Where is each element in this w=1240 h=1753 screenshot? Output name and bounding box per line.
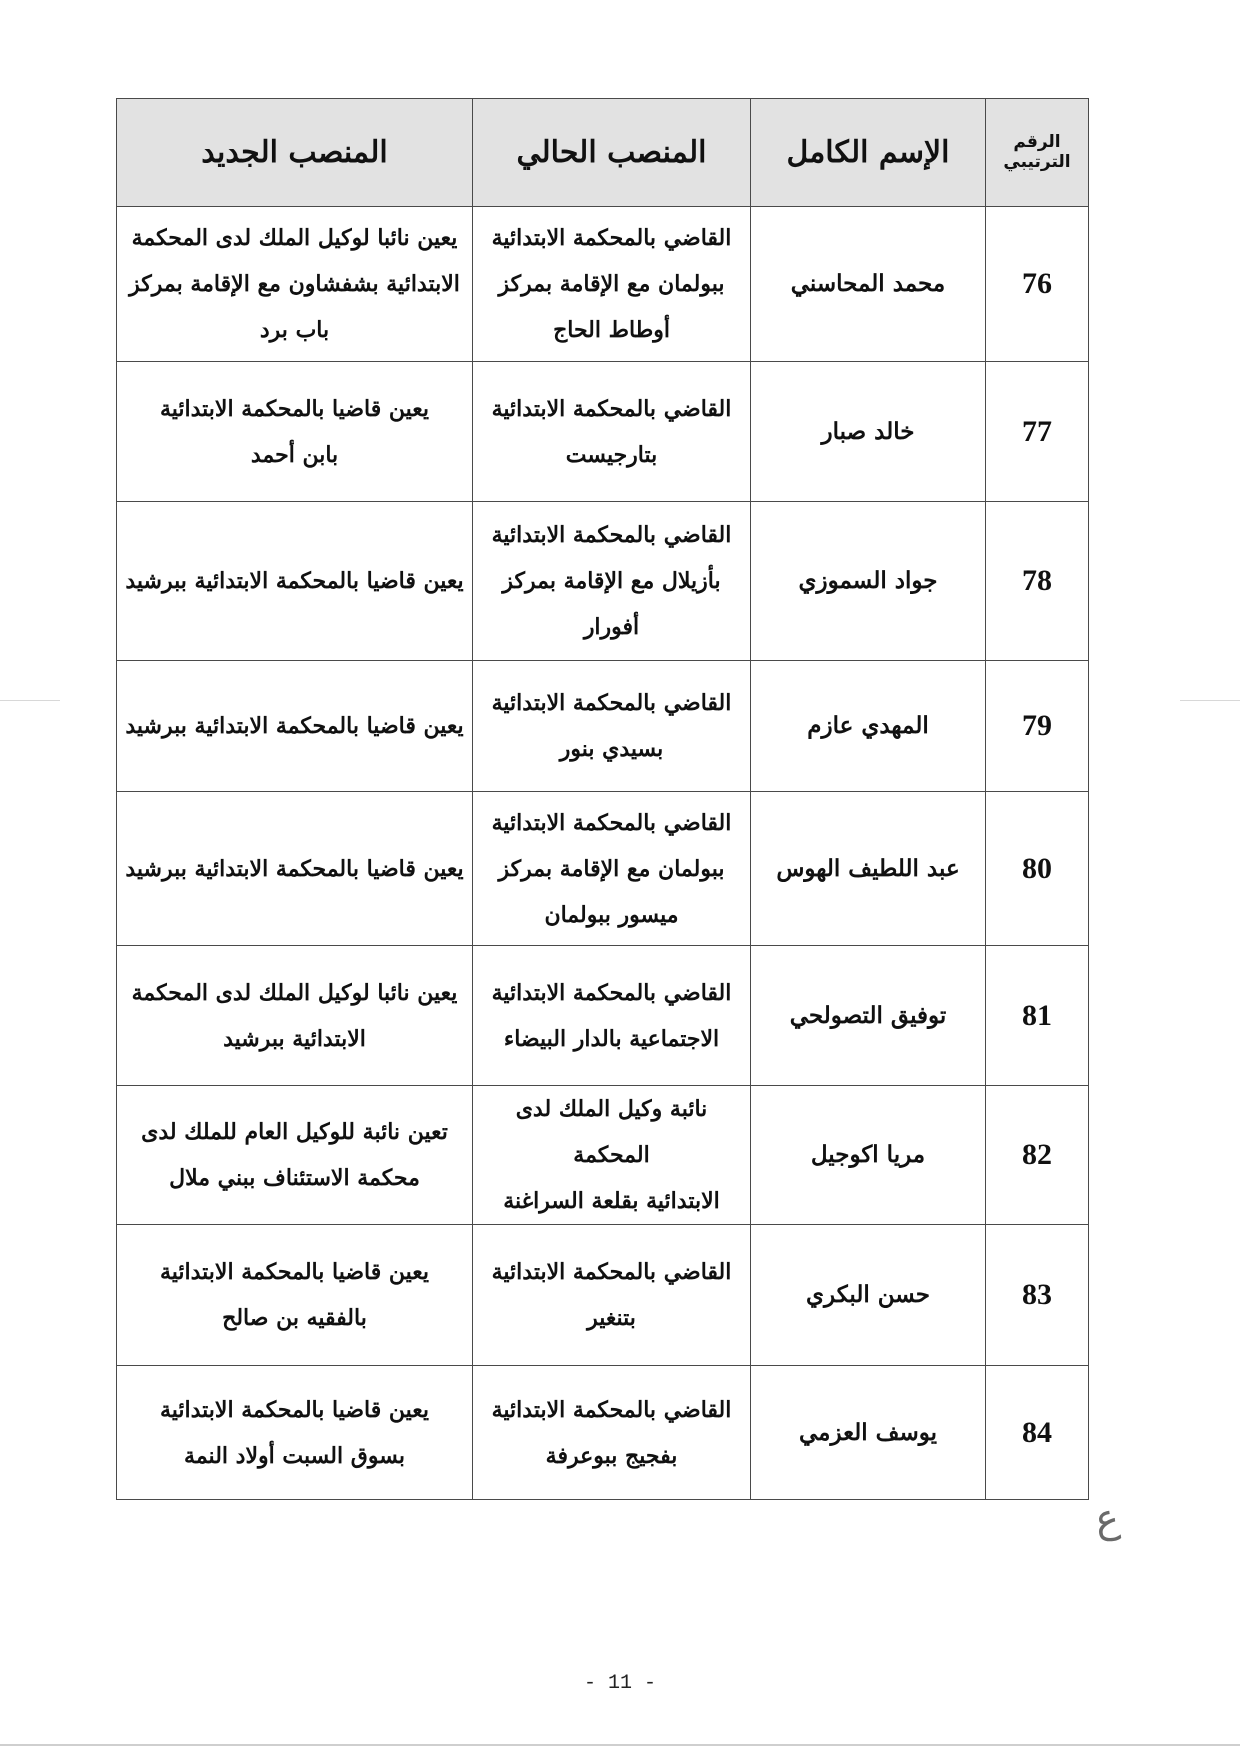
- current-position: القاضي بالمحكمة الابتدائية ببولمان مع ال…: [473, 207, 751, 362]
- current-position-line: ميسور ببولمان: [479, 892, 744, 938]
- row-number: 79: [986, 661, 1089, 792]
- current-position: القاضي بالمحكمة الابتدائية بأزيلال مع ال…: [473, 502, 751, 661]
- new-position: يعين نائبا لوكيل الملك لدى المحكمة الابت…: [117, 207, 473, 362]
- new-position: يعين قاضيا بالمحكمة الابتدائية ببرشيد: [117, 661, 473, 792]
- new-position-line: يعين قاضيا بالمحكمة الابتدائية ببرشيد: [123, 703, 466, 749]
- current-position-line: بتنغير: [479, 1295, 744, 1341]
- full-name: توفيق التصولحي: [751, 946, 986, 1086]
- full-name: جواد السموزي: [751, 502, 986, 661]
- full-name: عبد اللطيف الهوس: [751, 792, 986, 946]
- row-number: 84: [986, 1366, 1089, 1500]
- new-position: يعين قاضيا بالمحكمة الابتدائية بسوق السب…: [117, 1366, 473, 1500]
- current-position-line: بفجيج ببوعرفة: [479, 1433, 744, 1479]
- new-position: يعين قاضيا بالمحكمة الابتدائية ببرشيد: [117, 792, 473, 946]
- new-position-line: يعين قاضيا بالمحكمة الابتدائية ببرشيد: [123, 558, 466, 604]
- table-row: 77 خالد صبار القاضي بالمحكمة الابتدائية …: [117, 362, 1089, 502]
- row-number: 78: [986, 502, 1089, 661]
- current-position-line: القاضي بالمحكمة الابتدائية: [479, 800, 744, 846]
- new-position: يعين نائبا لوكيل الملك لدى المحكمة الابت…: [117, 946, 473, 1086]
- handwritten-initial: ع: [1092, 1495, 1122, 1544]
- current-position-line: بتارجيست: [479, 432, 744, 478]
- scan-edge-line: [0, 1744, 1240, 1746]
- new-position-line: الابتدائية ببرشيد: [123, 1016, 466, 1062]
- scan-artifact: [1180, 700, 1240, 701]
- row-number: 80: [986, 792, 1089, 946]
- header-full-name: الإسم الكامل: [751, 99, 986, 207]
- current-position-line: أوطاط الحاج: [479, 307, 744, 353]
- table-row: 76 محمد المحاسني القاضي بالمحكمة الابتدا…: [117, 207, 1089, 362]
- assignment-table: الرقم الترتيبي الإسم الكامل المنصب الحال…: [116, 98, 1089, 1500]
- header-number: الرقم الترتيبي: [986, 99, 1089, 207]
- current-position-line: القاضي بالمحكمة الابتدائية: [479, 1249, 744, 1295]
- new-position-line: بالفقيه بن صالح: [123, 1295, 466, 1341]
- current-position-line: القاضي بالمحكمة الابتدائية: [479, 1387, 744, 1433]
- new-position-line: تعين نائبة للوكيل العام للملك لدى: [123, 1109, 466, 1155]
- new-position: تعين نائبة للوكيل العام للملك لدى محكمة …: [117, 1086, 473, 1225]
- current-position-line: الابتدائية بقلعة السراغنة: [479, 1178, 744, 1224]
- current-position: نائبة وكيل الملك لدى المحكمة الابتدائية …: [473, 1086, 751, 1225]
- full-name: يوسف العزمي: [751, 1366, 986, 1500]
- current-position-line: ببولمان مع الإقامة بمركز: [479, 261, 744, 307]
- table-row: 80 عبد اللطيف الهوس القاضي بالمحكمة الاب…: [117, 792, 1089, 946]
- table-row: 78 جواد السموزي القاضي بالمحكمة الابتدائ…: [117, 502, 1089, 661]
- new-position-line: بسوق السبت أولاد النمة: [123, 1433, 466, 1479]
- current-position: القاضي بالمحكمة الابتدائية بتنغير: [473, 1225, 751, 1366]
- full-name: محمد المحاسني: [751, 207, 986, 362]
- document-page: الرقم الترتيبي الإسم الكامل المنصب الحال…: [0, 0, 1240, 1753]
- table-row: 82 مريا اكوجيل نائبة وكيل الملك لدى المح…: [117, 1086, 1089, 1225]
- table-row: 83 حسن البكري القاضي بالمحكمة الابتدائية…: [117, 1225, 1089, 1366]
- row-number: 82: [986, 1086, 1089, 1225]
- new-position: يعين قاضيا بالمحكمة الابتدائية بالفقيه ب…: [117, 1225, 473, 1366]
- scan-artifact: [0, 700, 60, 701]
- full-name: المهدي عازم: [751, 661, 986, 792]
- current-position-line: القاضي بالمحكمة الابتدائية: [479, 512, 744, 558]
- current-position-line: القاضي بالمحكمة الابتدائية: [479, 970, 744, 1016]
- row-number: 81: [986, 946, 1089, 1086]
- current-position-line: القاضي بالمحكمة الابتدائية: [479, 215, 744, 261]
- new-position-line: يعين قاضيا بالمحكمة الابتدائية: [123, 386, 466, 432]
- new-position: يعين قاضيا بالمحكمة الابتدائية بابن أحمد: [117, 362, 473, 502]
- current-position: القاضي بالمحكمة الابتدائية ببولمان مع ال…: [473, 792, 751, 946]
- header-new-position: المنصب الجديد: [117, 99, 473, 207]
- current-position: القاضي بالمحكمة الابتدائية بسيدي بنور: [473, 661, 751, 792]
- page-number: - 11 -: [0, 1672, 1240, 1695]
- new-position-line: يعين قاضيا بالمحكمة الابتدائية: [123, 1387, 466, 1433]
- current-position: القاضي بالمحكمة الابتدائية بتارجيست: [473, 362, 751, 502]
- current-position-line: أفورار: [479, 604, 744, 650]
- table-row: 79 المهدي عازم القاضي بالمحكمة الابتدائي…: [117, 661, 1089, 792]
- full-name: حسن البكري: [751, 1225, 986, 1366]
- table-row: 81 توفيق التصولحي القاضي بالمحكمة الابتد…: [117, 946, 1089, 1086]
- new-position-line: الابتدائية بشفشاون مع الإقامة بمركز: [123, 261, 466, 307]
- new-position-line: يعين قاضيا بالمحكمة الابتدائية: [123, 1249, 466, 1295]
- current-position-line: بأزيلال مع الإقامة بمركز: [479, 558, 744, 604]
- table-header-row: الرقم الترتيبي الإسم الكامل المنصب الحال…: [117, 99, 1089, 207]
- new-position-line: باب برد: [123, 307, 466, 353]
- new-position-line: محكمة الاستئناف ببني ملال: [123, 1155, 466, 1201]
- row-number: 77: [986, 362, 1089, 502]
- new-position-line: يعين نائبا لوكيل الملك لدى المحكمة: [123, 970, 466, 1016]
- header-current-position: المنصب الحالي: [473, 99, 751, 207]
- current-position-line: ببولمان مع الإقامة بمركز: [479, 846, 744, 892]
- current-position: القاضي بالمحكمة الابتدائية الاجتماعية با…: [473, 946, 751, 1086]
- new-position: يعين قاضيا بالمحكمة الابتدائية ببرشيد: [117, 502, 473, 661]
- full-name: مريا اكوجيل: [751, 1086, 986, 1225]
- current-position-line: القاضي بالمحكمة الابتدائية: [479, 386, 744, 432]
- table-row: 84 يوسف العزمي القاضي بالمحكمة الابتدائي…: [117, 1366, 1089, 1500]
- current-position-line: القاضي بالمحكمة الابتدائية: [479, 680, 744, 726]
- row-number: 76: [986, 207, 1089, 362]
- current-position-line: نائبة وكيل الملك لدى المحكمة: [479, 1086, 744, 1178]
- new-position-line: بابن أحمد: [123, 432, 466, 478]
- current-position-line: الاجتماعية بالدار البيضاء: [479, 1016, 744, 1062]
- new-position-line: يعين قاضيا بالمحكمة الابتدائية ببرشيد: [123, 846, 466, 892]
- current-position: القاضي بالمحكمة الابتدائية بفجيج ببوعرفة: [473, 1366, 751, 1500]
- row-number: 83: [986, 1225, 1089, 1366]
- full-name: خالد صبار: [751, 362, 986, 502]
- current-position-line: بسيدي بنور: [479, 726, 744, 772]
- new-position-line: يعين نائبا لوكيل الملك لدى المحكمة: [123, 215, 466, 261]
